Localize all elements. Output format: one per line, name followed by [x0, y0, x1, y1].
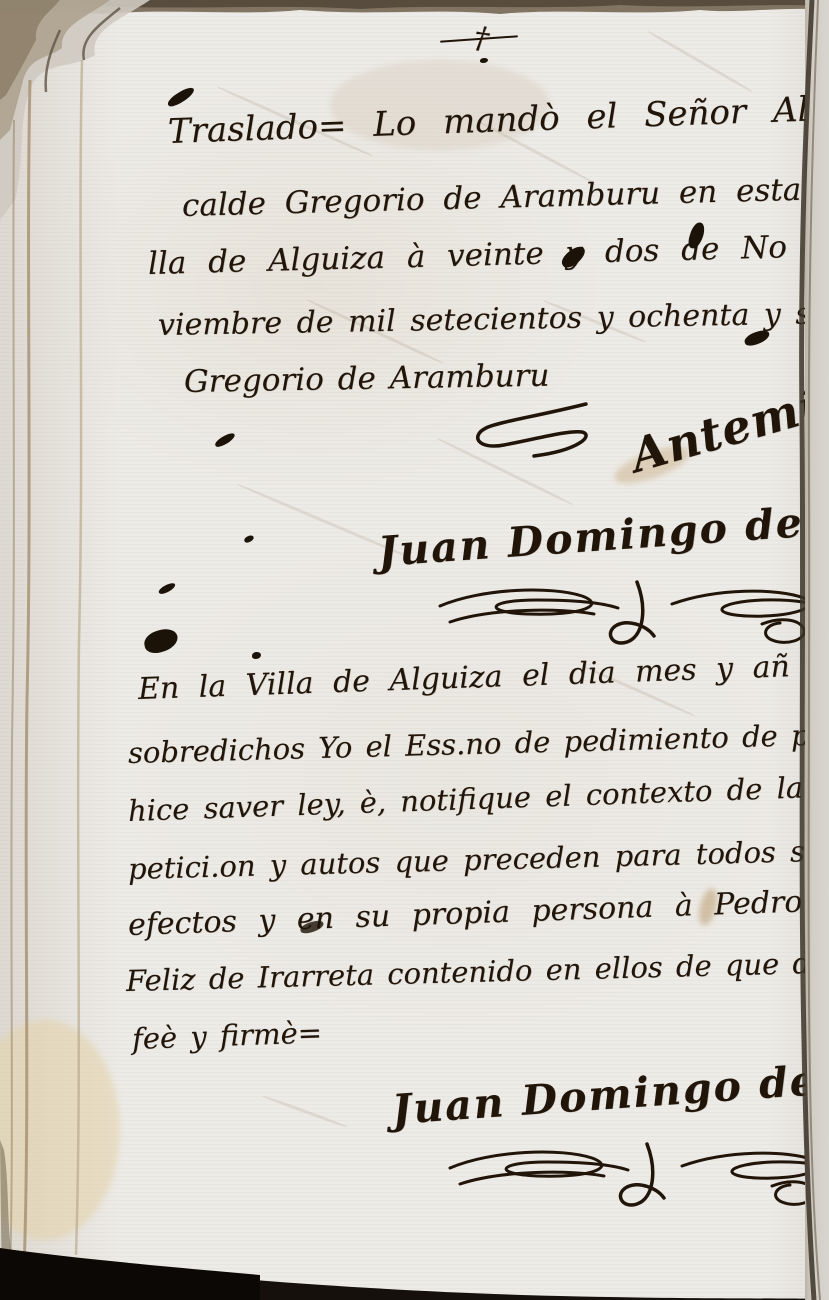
signature-rubric-1: [432, 578, 829, 658]
signature-rubric-2: [442, 1140, 829, 1220]
notification-line-7: feè y firmè=: [131, 1015, 322, 1056]
page-gap-crease: [790, 0, 829, 1300]
decree-signer-name: Gregorio de Aramburu: [184, 358, 550, 400]
left-fold-creases: [0, 0, 120, 1300]
manuscript-scan: † Traslado= Lo mandò el Señor Al calde G…: [0, 0, 829, 1300]
bottom-shadow-wedge: [0, 1240, 829, 1300]
rubric-flourish: [468, 398, 608, 464]
